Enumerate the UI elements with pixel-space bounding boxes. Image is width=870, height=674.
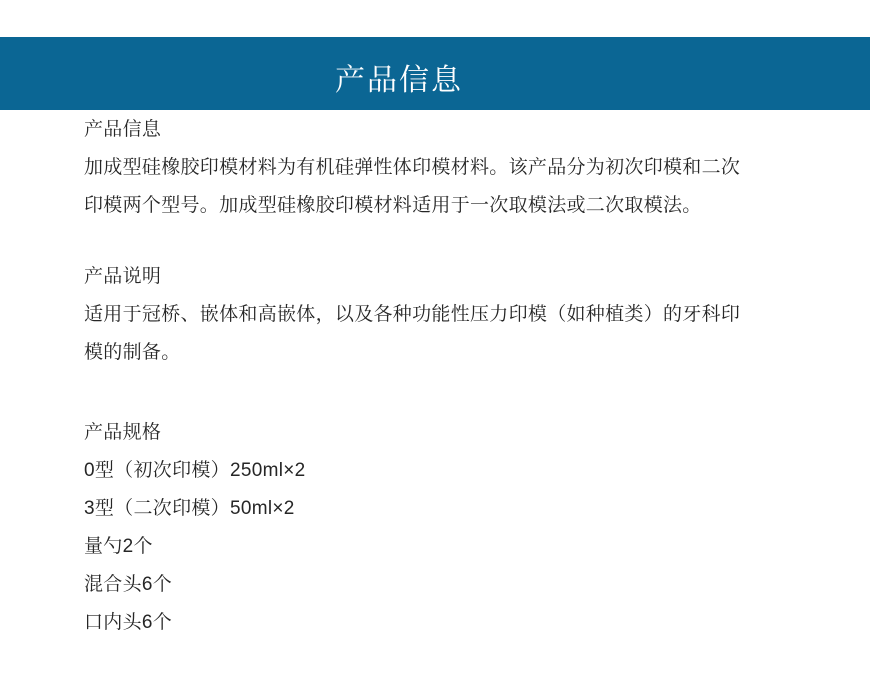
spec-line: 混合头6个 [84, 566, 846, 604]
spec-line: 3型（二次印模）50ml×2 [84, 490, 846, 528]
section-heading: 产品信息 [84, 111, 846, 149]
section-product-info: 产品信息 加成型硅橡胶印模材料为有机硅弹性体印模材料。该产品分为初次印模和二次 … [84, 111, 846, 225]
text-line: 模的制备。 [84, 334, 846, 372]
section-heading: 产品规格 [84, 414, 846, 452]
text-line: 适用于冠桥、嵌体和高嵌体，以及各种功能性压力印模（如种植类）的牙科印 [84, 296, 846, 334]
spec-line: 口内头6个 [84, 604, 846, 642]
section-product-specs: 产品规格 0型（初次印模）250ml×2 3型（二次印模）50ml×2 量勺2个… [84, 414, 846, 642]
product-info-page: { "page": { "background_color": "#ffffff… [0, 0, 870, 674]
content: 产品信息 加成型硅橡胶印模材料为有机硅弹性体印模材料。该产品分为初次印模和二次 … [84, 111, 846, 642]
banner-title: 产品信息 [335, 55, 463, 99]
section-heading: 产品说明 [84, 258, 846, 296]
spec-line: 量勺2个 [84, 528, 846, 566]
text-line: 加成型硅橡胶印模材料为有机硅弹性体印模材料。该产品分为初次印模和二次 [84, 149, 846, 187]
text-line: 印模两个型号。加成型硅橡胶印模材料适用于一次取模法或二次取模法。 [84, 187, 846, 225]
section-product-description: 产品说明 适用于冠桥、嵌体和高嵌体，以及各种功能性压力印模（如种植类）的牙科印 … [84, 258, 846, 372]
banner: 产品信息 [0, 37, 870, 110]
spec-line: 0型（初次印模）250ml×2 [84, 452, 846, 490]
